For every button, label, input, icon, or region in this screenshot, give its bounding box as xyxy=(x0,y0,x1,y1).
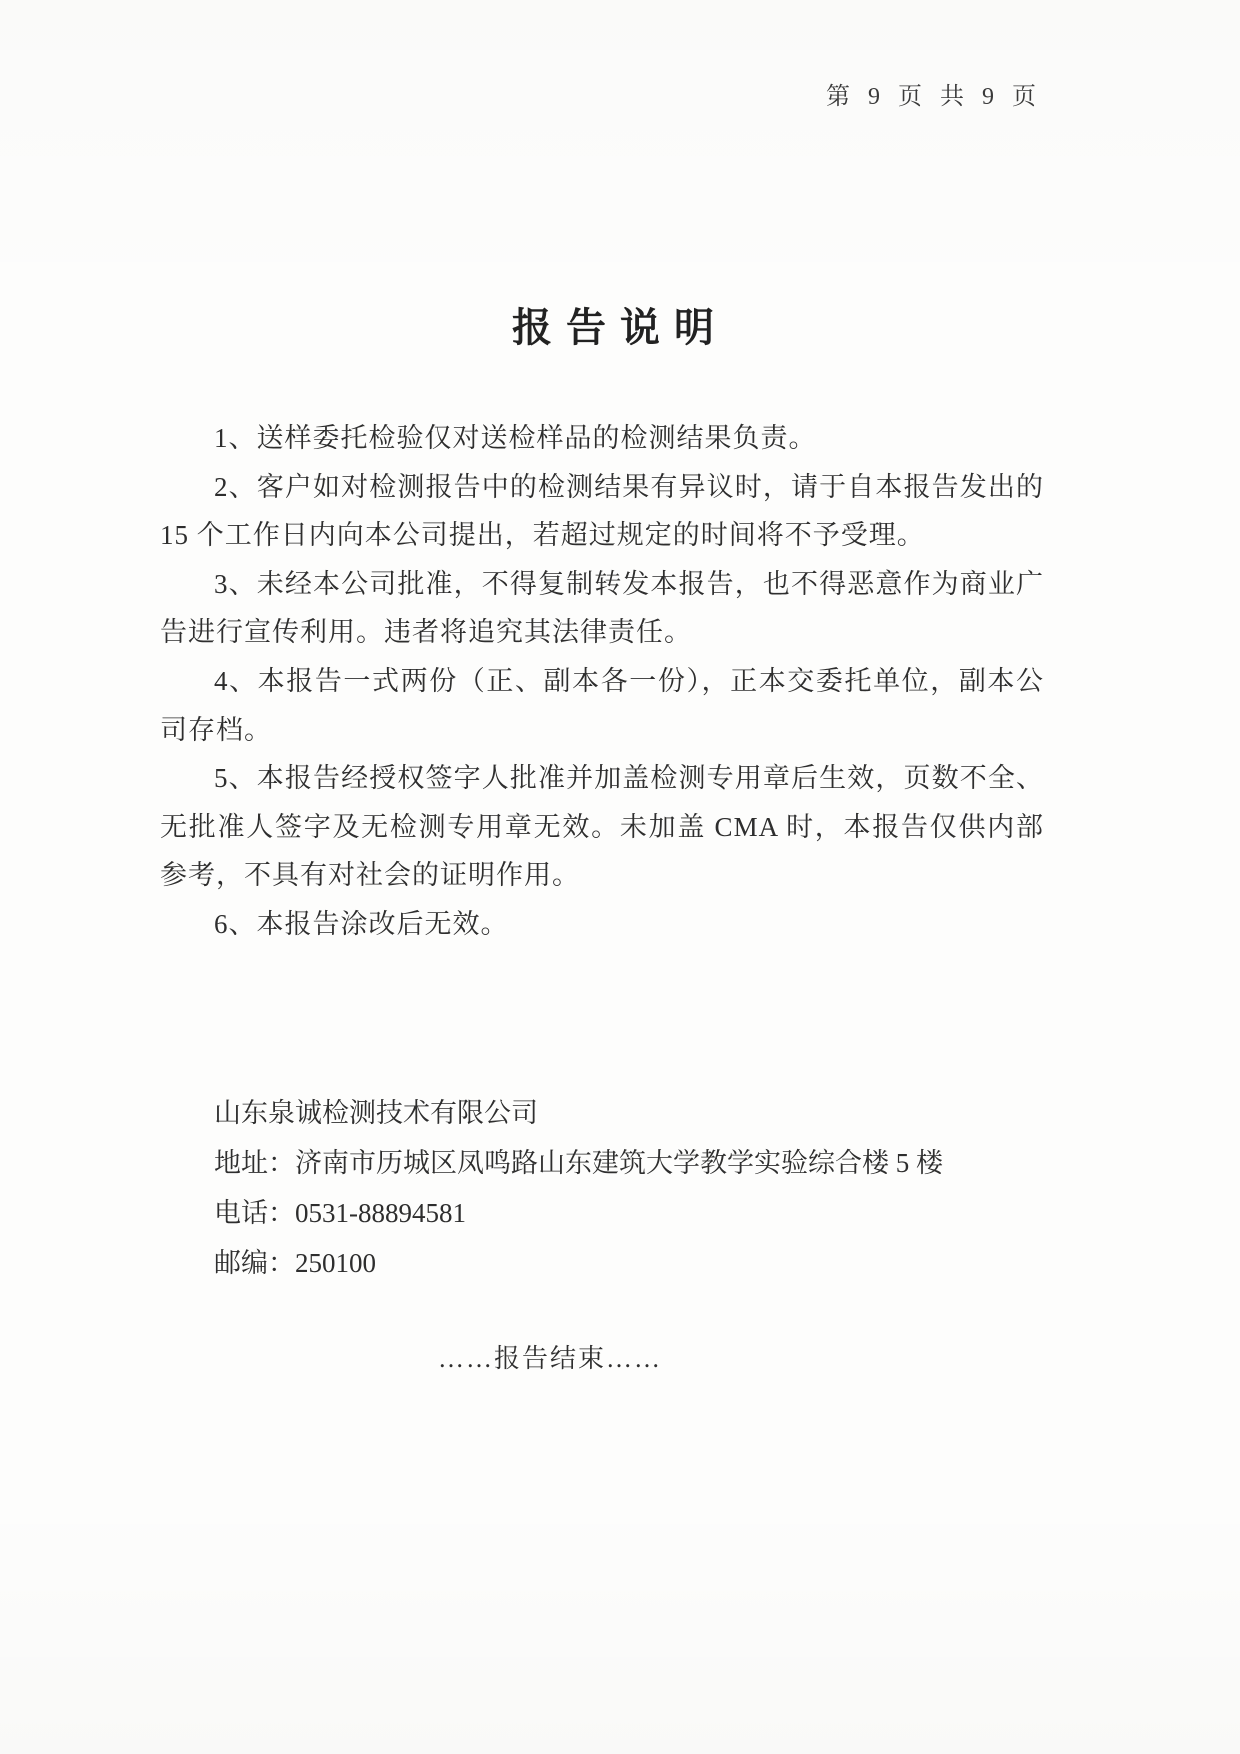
report-notes: 1、送样委托检验仅对送检样品的检测结果负责。 2、客户如对检测报告中的检测结果有… xyxy=(160,414,1044,949)
note-item: 4、本报告一式两份（正、副本各一份），正本交委托单位，副本公司存档。 xyxy=(160,657,1044,754)
report-end-marker: ……报告结束…… xyxy=(0,1338,1100,1375)
company-phone: 电话：0531-88894581 xyxy=(214,1188,1044,1238)
note-item: 3、未经本公司批准，不得复制转发本报告，也不得恶意作为商业广告进行宣传利用。违者… xyxy=(160,560,1044,657)
note-item: 1、送样委托检验仅对送检样品的检测结果负责。 xyxy=(160,414,1044,463)
report-page: 第 9 页 共 9 页 报告说明 1、送样委托检验仅对送检样品的检测结果负责。 … xyxy=(0,0,1240,1754)
note-item: 2、客户如对检测报告中的检测结果有异议时，请于自本报告发出的 15 个工作日内向… xyxy=(160,463,1044,560)
company-name: 山东泉诚检测技术有限公司 xyxy=(214,1088,1044,1138)
report-title: 报告说明 xyxy=(0,296,1240,353)
note-item: 6、本报告涂改后无效。 xyxy=(160,900,1044,949)
note-item: 5、本报告经授权签字人批准并加盖检测专用章后生效，页数不全、无批准人签字及无检测… xyxy=(160,754,1044,900)
page-number: 第 9 页 共 9 页 xyxy=(826,76,1042,111)
company-postcode: 邮编：250100 xyxy=(214,1238,1044,1288)
company-info: 山东泉诚检测技术有限公司 地址：济南市历城区凤鸣路山东建筑大学教学实验综合楼 5… xyxy=(214,1088,1044,1288)
company-address: 地址：济南市历城区凤鸣路山东建筑大学教学实验综合楼 5 楼 xyxy=(214,1138,1044,1188)
